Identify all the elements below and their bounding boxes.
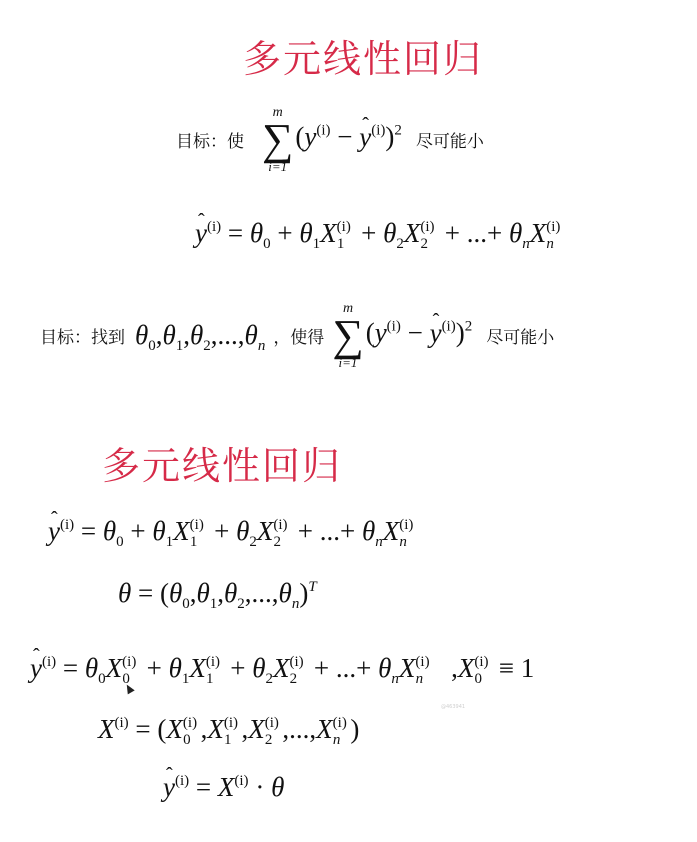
goal2-line: 目标：找到 θ0,θ1,θ2,...,θn ，使得 m∑i=1(y(i) − y… <box>40 302 554 369</box>
slide1-formula-yhat: y(i) = θ0 + θ1X(i)1 + θ2X(i)2 + ...+ θnX… <box>195 220 554 247</box>
formula-x-vector: X(i) = (X(i)0,X(i)1,X(i)2,...,X(i)n) <box>98 716 359 743</box>
slide2-title: 多元线性回归 <box>102 447 342 485</box>
formula-yhat-with-x0: y(i) = θ0X(i)0 + θ1X(i)1 + θ2X(i)2 + ...… <box>30 655 534 682</box>
slide2-formula-yhat: y(i) = θ0 + θ1X(i)1 + θ2X(i)2 + ...+ θnX… <box>48 518 407 545</box>
goal2-middle: ，使得 <box>273 323 324 348</box>
summation-symbol: m∑i=1 <box>262 106 293 173</box>
mouse-cursor-icon <box>123 683 134 695</box>
formula-theta-vector: θ = (θ0,θ1,θ2,...,θn)T <box>118 580 317 607</box>
formula-yhat-dot: y(i) = X(i) · θ <box>163 774 284 801</box>
slide1-title: 多元线性回归 <box>243 40 483 78</box>
goal1-line: 目标：使 m∑i=1(y(i) − y(i))2 尽可能小 <box>176 106 484 173</box>
goal1-sum-expression: m∑i=1(y(i) − y(i))2 <box>260 106 402 173</box>
goal2-params: θ0,θ1,θ2,...,θn <box>135 322 265 349</box>
goal2-prefix: 目标：找到 <box>40 323 125 348</box>
goal2-suffix: 尽可能小 <box>486 323 554 348</box>
goal1-suffix: 尽可能小 <box>416 127 484 152</box>
goal2-sum-expression: m∑i=1(y(i) − y(i))2 <box>330 302 472 369</box>
watermark: @463941 <box>441 704 465 710</box>
summation-symbol: m∑i=1 <box>332 302 363 369</box>
goal1-prefix: 目标：使 <box>176 127 244 152</box>
